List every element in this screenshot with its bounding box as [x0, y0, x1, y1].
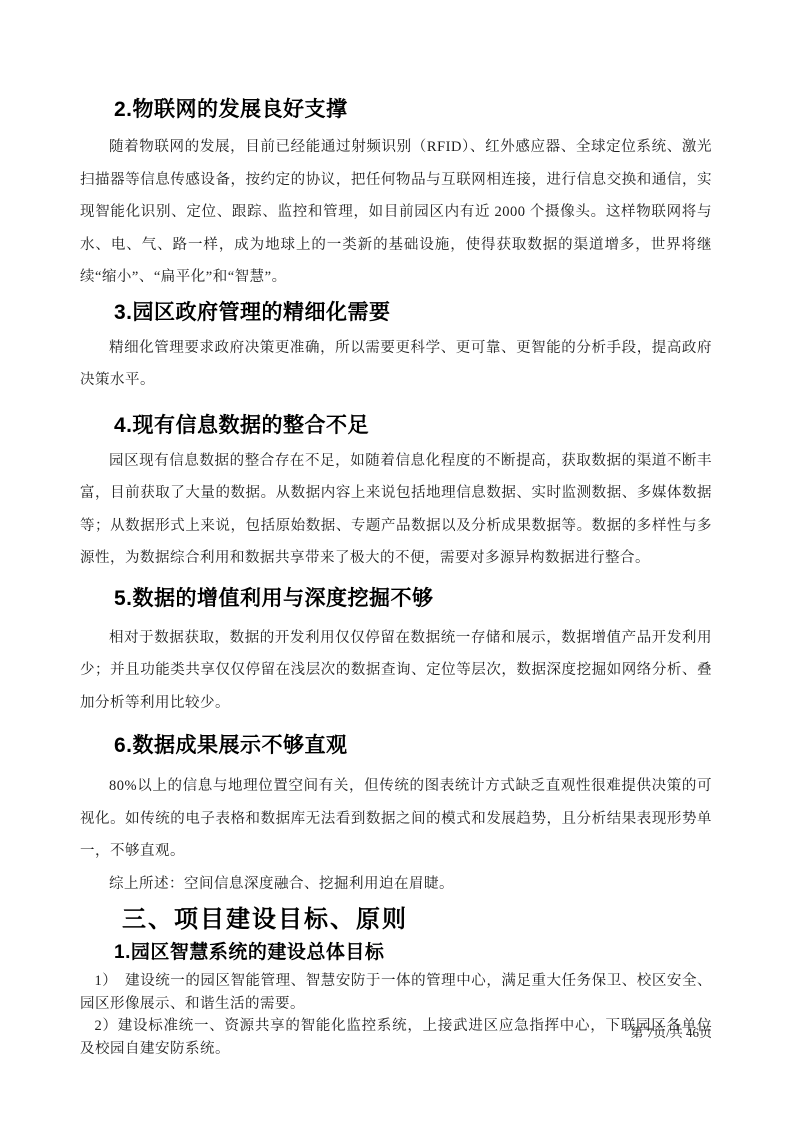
section-heading-refined-management: 3.园区政府管理的精细化需要 — [114, 299, 712, 327]
section-heading-value-mining: 5.数据的增值利用与深度挖掘不够 — [114, 585, 712, 613]
paragraph-display-intuitive: 80%以上的信息与地理位置空间有关，但传统的图表统计方式缺乏直观性很难提供决策的… — [80, 770, 712, 868]
paragraph-refined-management: 精细化管理要求政府决策更准确，所以需要更科学、更可靠、更智能的分析手段，提高政府… — [80, 332, 712, 397]
list-item-goal-2: 2）建设标准统一、资源共享的智能化监控系统，上接武进区应急指挥中心，下联园区各单… — [80, 1015, 712, 1060]
section-heading-iot-support: 2.物联网的发展良好支撑 — [114, 96, 712, 124]
page-number: 第 7页/共 46页 — [630, 1022, 712, 1041]
chapter-heading-goals-principles: 三、项目建设目标、原则 — [122, 904, 712, 936]
section-heading-data-integration: 4.现有信息数据的整合不足 — [114, 412, 712, 440]
subsection-heading-overall-goal: 1.园区智慧系统的建设总体目标 — [114, 940, 712, 966]
paragraph-summary-note: 综上所述：空间信息深度融合、挖掘利用迫在眉睫。 — [80, 868, 712, 901]
paragraph-data-integration: 园区现有信息数据的整合存在不足，如随着信息化程度的不断提高，获取数据的渠道不断丰… — [80, 445, 712, 575]
list-item-goal-1: 1） 建设统一的园区智能管理、智慧安防于一体的管理中心，满足重大任务保卫、校区安… — [80, 970, 712, 1015]
paragraph-value-mining: 相对于数据获取，数据的开发利用仅仅停留在数据统一存储和展示，数据增值产品开发利用… — [80, 622, 712, 720]
document-page: 2.物联网的发展良好支撑 随着物联网的发展，目前已经能通过射频识别（RFID）、… — [0, 0, 793, 1122]
section-heading-display-intuitive: 6.数据成果展示不够直观 — [114, 732, 712, 760]
paragraph-iot-support: 随着物联网的发展，目前已经能通过射频识别（RFID）、红外感应器、全球定位系统、… — [80, 131, 712, 294]
